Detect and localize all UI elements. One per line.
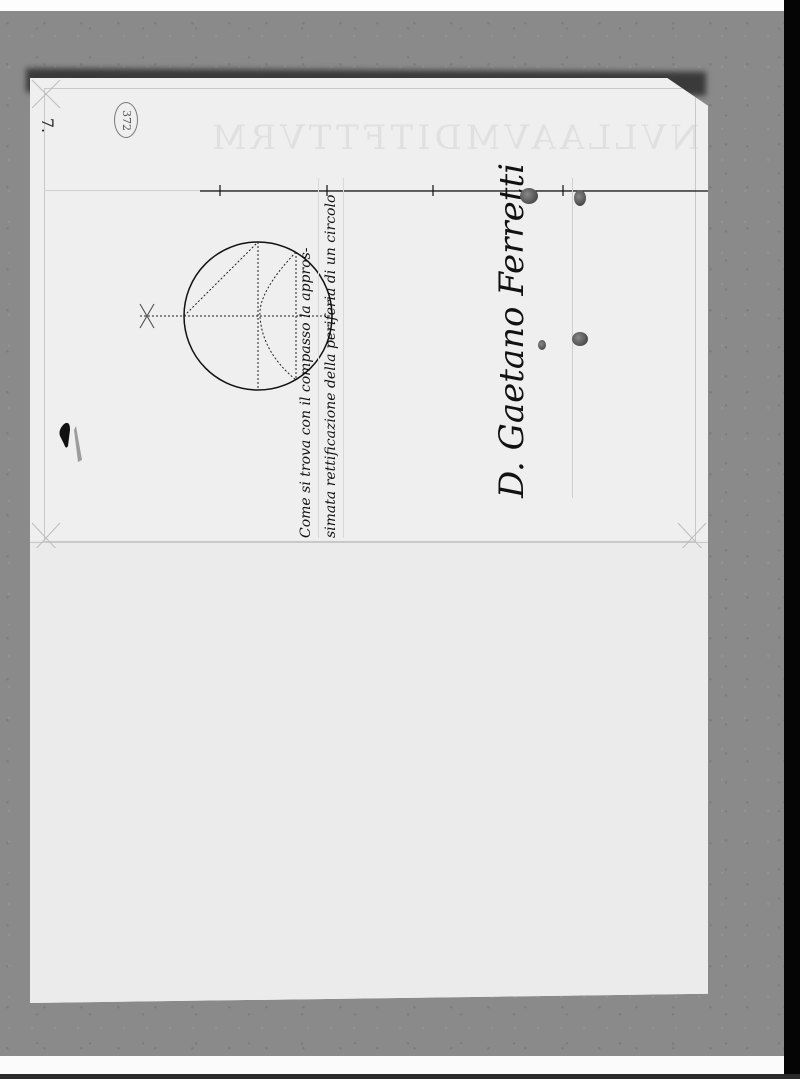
folio-number: 7. xyxy=(38,118,57,133)
caption: Come si trova con il compasso la appros-… xyxy=(294,178,364,538)
wax-seal-mark xyxy=(572,332,588,346)
archive-number-stamp: 372 xyxy=(114,102,138,138)
caption-line-2: simata rettificazione della periferia di… xyxy=(319,178,344,538)
manuscript-page: NVLLAAVMDITFTTVRM 7. 372 xyxy=(30,78,708,1003)
archive-number: 372 xyxy=(120,110,133,131)
scan-top-margin xyxy=(0,0,784,11)
chord xyxy=(184,242,258,316)
scan-bottom-edge xyxy=(0,1074,800,1079)
wax-seal-mark xyxy=(538,340,546,350)
scan-right-border xyxy=(784,0,800,1079)
scan-bottom-margin xyxy=(0,1056,784,1074)
geometric-diagram xyxy=(130,182,730,412)
page-lower-half xyxy=(30,540,708,1003)
ink-blot-icon xyxy=(52,416,92,476)
caption-line-1: Come si trova con il compasso la appros- xyxy=(294,178,319,538)
compass-mark-icon xyxy=(140,304,154,328)
wax-seal-mark xyxy=(574,190,586,206)
wax-seal-mark xyxy=(520,188,538,204)
signature: D. Gaetano Ferretti xyxy=(492,178,573,498)
